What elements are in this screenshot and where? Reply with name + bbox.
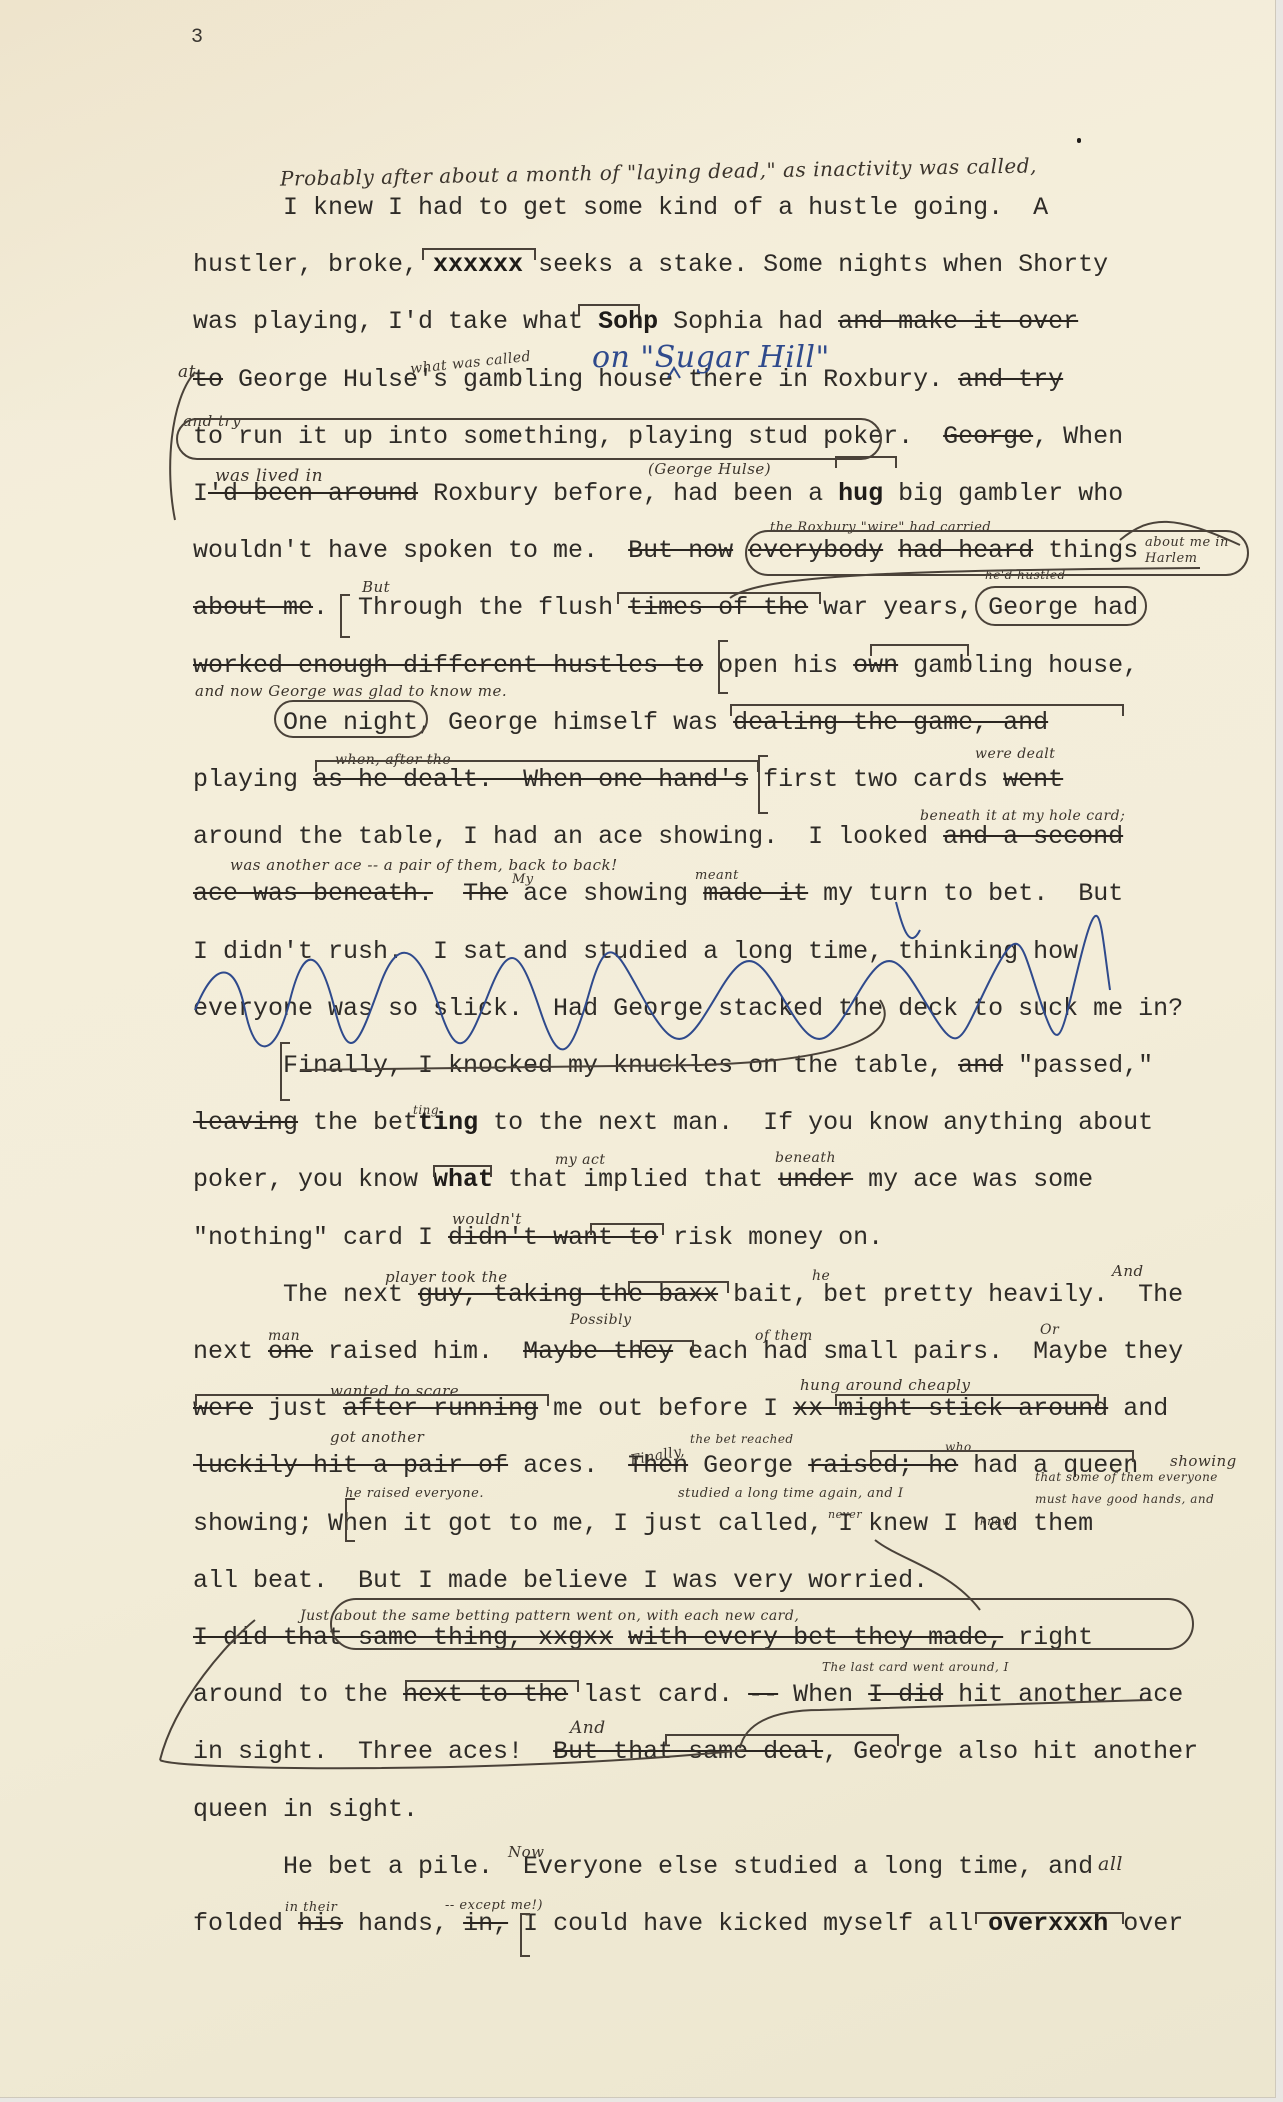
typed-line: everyone was so slick. Had George stacke…: [193, 994, 1183, 1024]
typed-text: queen in sight.: [193, 1795, 418, 1824]
ink-dot: [1077, 138, 1081, 143]
typed-text: He bet a pile. Everyone else studied a l…: [283, 1852, 1093, 1881]
typed-text: Some nights when Shorty: [763, 250, 1108, 279]
struck-text: ace was beneath.: [193, 879, 433, 908]
typed-text: [613, 1623, 628, 1652]
bracket-i-could: [520, 1913, 530, 1957]
struck-text: But now: [628, 536, 733, 565]
bracket-next-to-the: [405, 1680, 579, 1692]
annotation-of-them: of them: [755, 1328, 813, 1344]
typed-text: "nothing" card I: [193, 1223, 448, 1252]
typed-text: each had small pairs. Maybe they: [673, 1337, 1183, 1366]
bracket-overxxxh: [975, 1912, 1124, 1924]
typed-text: in sight. Three aces!: [193, 1737, 553, 1766]
annotation-now: Now: [508, 1843, 545, 1861]
struck-text: made it: [703, 879, 808, 908]
bracket-own: [870, 644, 969, 656]
struck-text: The: [463, 879, 508, 908]
annotation-hustled: he'd hustled: [985, 568, 1066, 582]
bracket-after-running: [195, 1394, 549, 1406]
annotation-meant: meant: [695, 868, 739, 883]
bracket-same-deal: [665, 1734, 899, 1746]
annotation-got-another: got another: [330, 1428, 424, 1446]
annotation-were-dealt: were dealt: [975, 746, 1055, 762]
typed-line: poker, you know what that implied that u…: [193, 1165, 1093, 1195]
annotation-wouldnt: wouldn't: [452, 1210, 522, 1228]
struck-text: to: [193, 365, 223, 394]
typed-text: , When: [1033, 422, 1123, 451]
typed-text: next: [193, 1337, 268, 1366]
typed-text: big gambler who: [883, 479, 1123, 508]
typed-text: aces.: [508, 1451, 628, 1480]
typed-line: "nothing" card I didn't want to risk mon…: [193, 1223, 883, 1253]
annotation-possibly: Possibly: [570, 1312, 631, 1328]
typed-line: hustler, broke, xxxxxx seeks a stake. So…: [193, 250, 1108, 280]
typed-text: the bet: [298, 1108, 418, 1137]
annotation-bet-reached: the bet reached: [690, 1432, 794, 1446]
bracket-maybe-they: [640, 1340, 694, 1352]
annotation-my: My: [512, 872, 534, 887]
typed-text: was playing, I'd take what: [193, 307, 598, 336]
typed-text: One night, George himself was: [283, 708, 733, 737]
typed-text: poker, you know: [193, 1165, 433, 1194]
bracket-through: [340, 594, 350, 638]
typed-line: ace was beneath. The ace showing made it…: [193, 879, 1123, 909]
typed-text: hustler, broke,: [193, 250, 433, 279]
typed-text: Sophia had: [658, 307, 838, 336]
annotation-studied-again: studied a long time again, and I: [678, 1486, 903, 1501]
annotation-my-act: my act: [555, 1152, 605, 1168]
struck-text: and a second: [943, 822, 1123, 851]
typed-text: I didn't rush. I sat and studied a long …: [193, 937, 1078, 966]
annotation-intro: Probably after about a month of "laying …: [280, 153, 1037, 190]
typed-line: I knew I had to get some kind of a hustl…: [283, 193, 1048, 223]
typed-line: worked enough different hustles to open …: [193, 651, 1138, 681]
bracket-when-one-hand: [315, 760, 759, 772]
annotation-some-of-them: that some of them everyone: [1035, 1470, 1218, 1484]
typed-text: wouldn't have spoken to me.: [193, 536, 628, 565]
annotation-beneath: beneath: [775, 1150, 836, 1166]
typed-line: around the table, I had an ace showing. …: [193, 822, 1123, 852]
struck-text: George: [943, 422, 1033, 451]
typed-text: me out before I: [538, 1394, 793, 1423]
typed-text: [883, 536, 898, 565]
annotation-all: all: [1098, 1853, 1123, 1875]
annotation-ting: ting: [413, 1103, 439, 1117]
typed-line: wouldn't have spoken to me. But now ever…: [193, 536, 1138, 566]
annotation-in-their: in their: [285, 1900, 337, 1915]
annotation-sugar-hill: on "Sugar Hill": [592, 340, 830, 375]
typed-text: [433, 879, 463, 908]
annotation-showing: showing: [1170, 1452, 1237, 1470]
typed-text: "passed,": [1003, 1051, 1153, 1080]
typed-text: George: [688, 1451, 808, 1480]
typed-text: things: [1033, 536, 1138, 565]
typed-text: seeks a stake.: [523, 250, 763, 279]
typed-text: right: [1003, 1623, 1093, 1652]
struck-text: about me: [193, 593, 313, 622]
typed-text: hit another ace: [943, 1680, 1183, 1709]
typed-text: all beat. But I made believe I was very …: [193, 1566, 928, 1595]
annotation-and-1: And: [1112, 1262, 1144, 1280]
typed-text: [733, 536, 748, 565]
annotation-betting-pattern: Just about the same betting pattern went…: [300, 1608, 799, 1624]
typed-text: Finally, I knocked my knuckles on the ta…: [283, 1051, 958, 1080]
typed-text: showing; When it got to me, I just calle…: [193, 1509, 1093, 1538]
struck-text: under: [778, 1165, 853, 1194]
bracket-sohp: [578, 304, 640, 316]
typed-text: war years, George had: [808, 593, 1138, 622]
struck-text: had heard: [898, 536, 1033, 565]
annotation-glad-to-know: and now George was glad to know me.: [195, 682, 507, 700]
typed-text: my ace was some: [853, 1165, 1093, 1194]
struck-text: luckily hit a pair of: [193, 1451, 508, 1480]
annotation-knew: knew: [980, 1515, 1012, 1528]
typed-line: queen in sight.: [193, 1795, 418, 1825]
xed-out-text: hug: [838, 479, 883, 508]
typed-line: I'd been around Roxbury before, had been…: [193, 479, 1123, 509]
typed-text: When: [778, 1680, 868, 1709]
typed-text: my turn to bet. But: [808, 879, 1123, 908]
annotation-george-hulse: (George Hulse): [648, 460, 771, 478]
typed-text: ace showing: [508, 879, 703, 908]
annotation-and-try: and try: [183, 412, 241, 430]
annotation-at: at: [178, 362, 196, 382]
struck-text: I did that same thing, xxgxx: [193, 1623, 613, 1652]
typed-text: and: [1108, 1394, 1168, 1423]
manuscript-page: 3 I knew I had to get some kind of a hus…: [0, 0, 1276, 2098]
struck-text: with every bet they made,: [628, 1623, 1003, 1652]
page-number: 3: [191, 26, 203, 49]
annotation-never: never: [828, 1508, 862, 1521]
typed-text: that implied that: [493, 1165, 778, 1194]
annotation-hung-around-cheaply: hung around cheaply: [800, 1376, 970, 1394]
typed-text: raised him.: [313, 1337, 523, 1366]
bracket-raised: [870, 1450, 1134, 1462]
typed-line: all beat. But I made believe I was very …: [193, 1566, 928, 1596]
typed-text: risk money on.: [658, 1223, 883, 1252]
annotation-beneath-hole-card: beneath it at my hole card;: [920, 808, 1125, 824]
struck-text: in,: [463, 1909, 508, 1938]
typed-text: hands,: [343, 1909, 463, 1938]
typed-text: I knew I had to get some kind of a hustl…: [283, 193, 1048, 222]
annotation-he: he: [812, 1268, 830, 1284]
annotation-raised-everyone: he raised everyone.: [345, 1486, 484, 1501]
bracket-open: [718, 640, 728, 694]
typed-text: playing: [193, 765, 313, 794]
typed-line: I did that same thing, xxgxx with every …: [193, 1623, 1093, 1653]
bracket-didnt-want: [590, 1223, 664, 1235]
annotation-player-took-the: player took the: [385, 1268, 508, 1286]
typed-text: to the next man. If you know anything ab…: [478, 1108, 1153, 1137]
struck-text: worked enough different hustles to: [193, 651, 703, 680]
typed-text: I: [193, 479, 208, 508]
annotation-about-me-harlem: about me in Harlem: [1145, 535, 1245, 567]
bracket-when-it-got: [345, 1498, 355, 1542]
typed-line: He bet a pile. Everyone else studied a l…: [283, 1852, 1093, 1882]
annotation-man: man: [268, 1328, 300, 1344]
typed-text: folded: [193, 1909, 298, 1938]
struck-text: --: [748, 1680, 778, 1709]
bracket-hug: [835, 456, 897, 468]
struck-text: and try: [958, 365, 1063, 394]
annotation-roxbury-wire: the Roxbury "wire" had carried: [770, 520, 991, 535]
typed-text: to run it up into something, playing stu…: [193, 422, 943, 451]
struck-text: everybody: [748, 536, 883, 565]
typed-text: last card.: [568, 1680, 748, 1709]
bracket-times-of-the: [617, 592, 821, 604]
struck-text: and make it over: [838, 307, 1078, 336]
struck-text: I did: [868, 1680, 943, 1709]
annotation-but: But: [362, 578, 390, 596]
bracket-xxxxx: [422, 248, 536, 260]
typed-text: I could have kicked myself all: [508, 1909, 988, 1938]
annotation-another-ace: was another ace -- a pair of them, back …: [230, 856, 618, 874]
annotation-lived-in: was lived in: [215, 466, 323, 486]
typed-text: around to the: [193, 1680, 403, 1709]
annotation-good-hands: must have good hands, and: [1035, 1492, 1214, 1506]
typed-line: around to the next to the last card. -- …: [193, 1680, 1183, 1710]
annotation-and-2: And: [570, 1718, 606, 1738]
typed-text: Roxbury before, had been a: [418, 479, 838, 508]
typed-line: leaving the betting to the next man. If …: [193, 1108, 1153, 1138]
annotation-last-card: The last card went around, I: [822, 1660, 1009, 1674]
typed-line: showing; When it got to me, I just calle…: [193, 1509, 1093, 1539]
bracket-dealing: [730, 704, 1124, 716]
annotation-except-me: -- except me!): [445, 1898, 543, 1913]
typed-text: George Hulse's gambling house there in R…: [223, 365, 958, 394]
typed-text: everyone was so slick. Had George stacke…: [193, 994, 1183, 1023]
typed-line: to run it up into something, playing stu…: [193, 422, 1123, 452]
bracket-what: [433, 1165, 492, 1177]
bracket-first-two: [758, 755, 768, 814]
typed-text: around the table, I had an ace showing. …: [193, 822, 943, 851]
struck-text: and: [958, 1051, 1003, 1080]
typed-text: first two cards: [748, 765, 1003, 794]
bracket-stick-around: [835, 1394, 1099, 1406]
struck-text: went: [1003, 765, 1063, 794]
annotation-or: Or: [1040, 1322, 1059, 1338]
typed-line: I didn't rush. I sat and studied a long …: [193, 937, 1078, 967]
typed-text: . Through the flush: [313, 593, 628, 622]
bracket-bait: [628, 1281, 729, 1293]
typed-text: bait, bet pretty heavily. The: [718, 1280, 1183, 1309]
struck-text: leaving: [193, 1108, 298, 1137]
bracket-finally: [280, 1042, 290, 1101]
typed-line: Finally, I knocked my knuckles on the ta…: [283, 1051, 1153, 1081]
